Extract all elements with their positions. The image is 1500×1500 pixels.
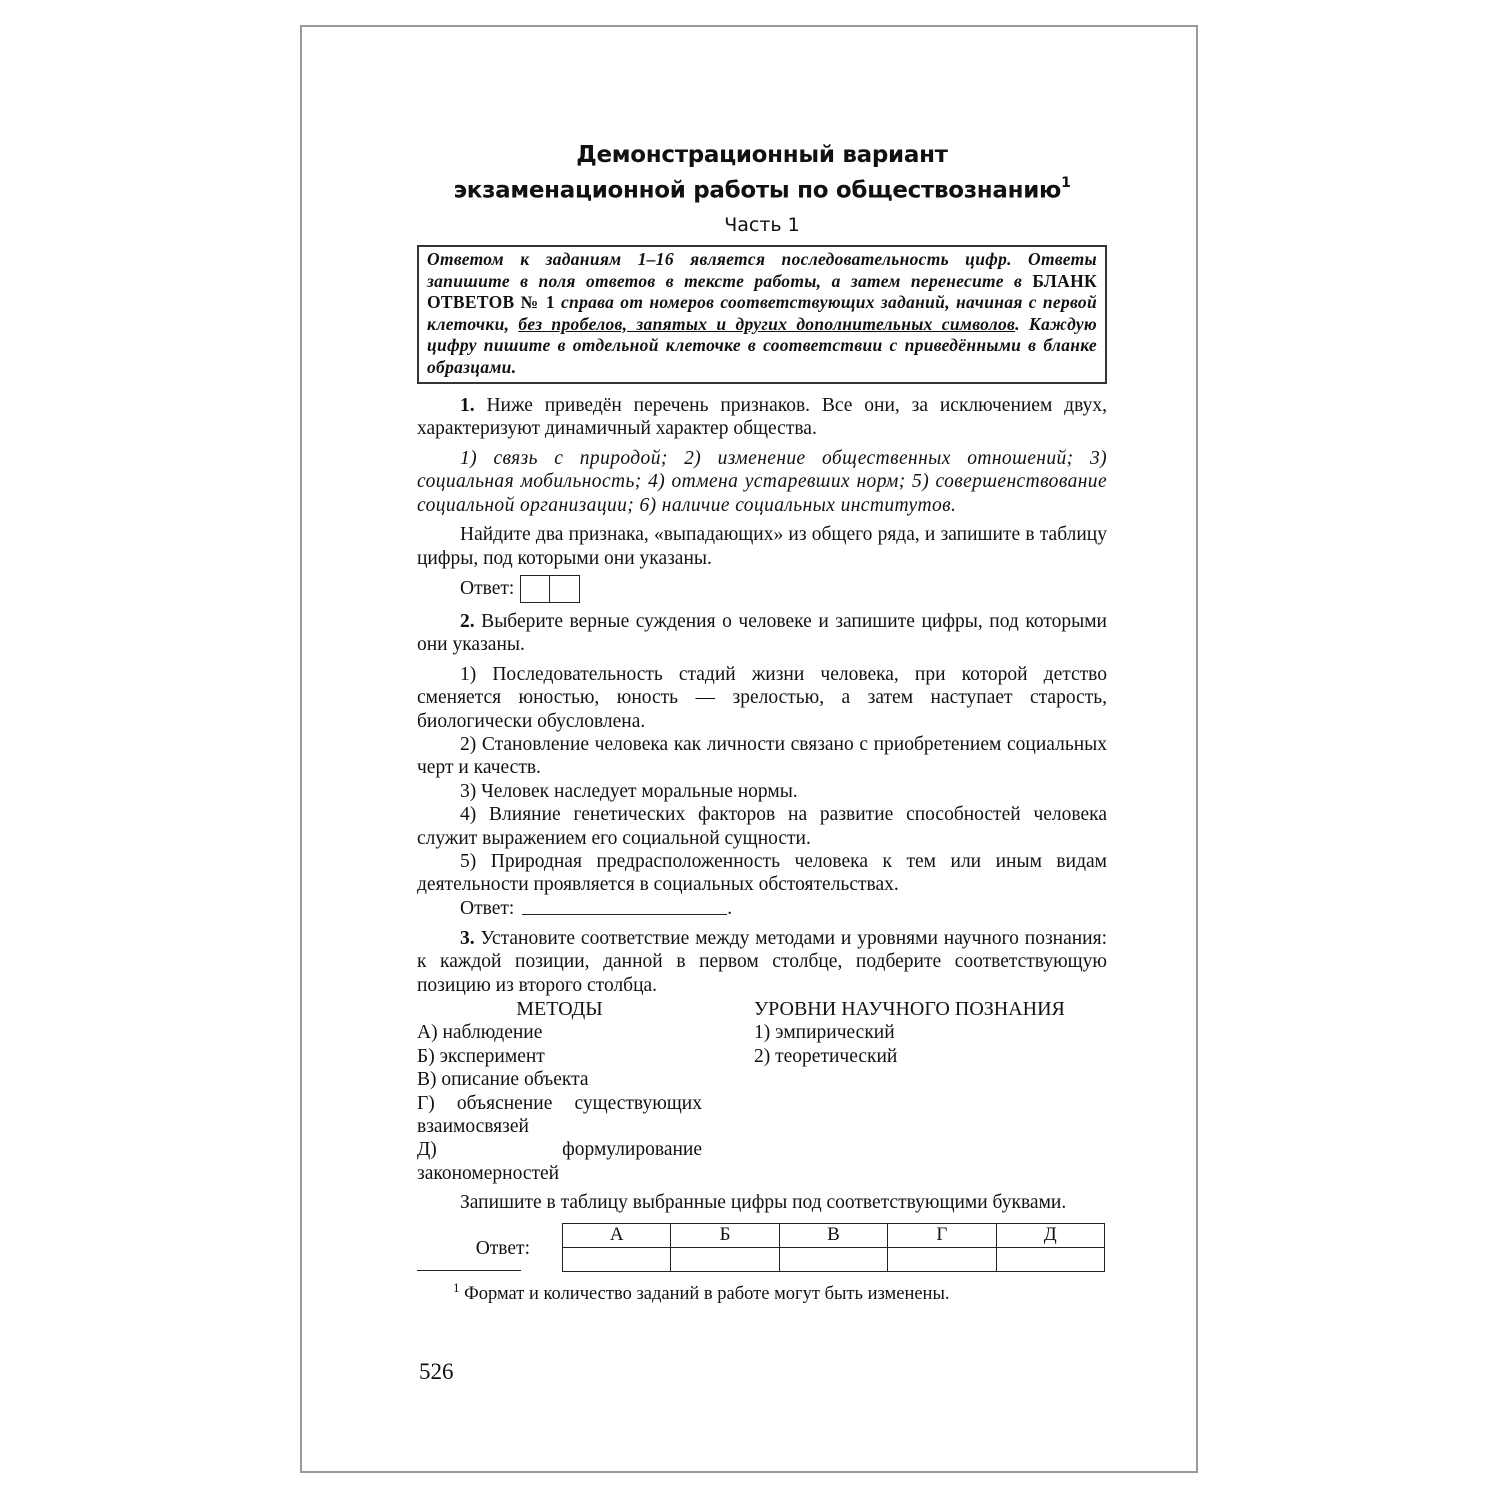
instructions-box: Ответом к заданиям 1–16 является последо… <box>417 245 1107 384</box>
page-content: Демонстрационный вариант экзаменационной… <box>417 140 1107 1306</box>
task-2-text: Выберите верные суждения о человеке и за… <box>417 611 1107 655</box>
task-1-prompt: Найдите два признака, «выпадающих» из об… <box>417 523 1107 570</box>
title-line-2: экзаменационной работы по обществознанию <box>453 178 1061 204</box>
task-2-statement: 3) Человек наследует моральные нормы. <box>417 780 1107 803</box>
level-item: 1) эмпирический <box>754 1021 1107 1044</box>
task-2: 2. Выберите верные суждения о человеке и… <box>417 610 1107 921</box>
answer-table-header: Б <box>671 1223 779 1247</box>
methods-column: МЕТОДЫ А) наблюдение Б) эксперимент В) о… <box>417 998 702 1185</box>
task-2-statement: 4) Влияние генетических факторов на разв… <box>417 803 1107 850</box>
answer-table-header: А <box>563 1223 671 1247</box>
levels-header: УРОВНИ НАУЧНОГО ПОЗНАНИЯ <box>754 998 1107 1021</box>
instructions-underlined: без пробелов, запятых и других дополните… <box>518 314 1015 334</box>
answer-cell-1[interactable] <box>520 575 550 603</box>
answer-table-cell[interactable] <box>563 1247 671 1271</box>
task-2-statement: 5) Природная предрасположенность человек… <box>417 850 1107 897</box>
method-item: Д) формулирование закономерностей <box>417 1138 702 1185</box>
levels-column: УРОВНИ НАУЧНОГО ПОЗНАНИЯ 1) эмпирический… <box>754 998 1107 1185</box>
footnote: 1 Формат и количество заданий в работе м… <box>417 1276 1107 1307</box>
part-heading: Часть 1 <box>417 214 1107 237</box>
answer-table: А Б В Г Д <box>562 1223 1105 1272</box>
level-item: 2) теоретический <box>754 1045 1107 1068</box>
answer-table-cell[interactable] <box>671 1247 779 1271</box>
task-3-prompt: Запишите в таблицу выбранные цифры под с… <box>417 1191 1107 1214</box>
answer-table-cell[interactable] <box>779 1247 887 1271</box>
footnote-text: Формат и количество заданий в работе мог… <box>460 1284 950 1304</box>
task-3-text: Установите соответствие между методами и… <box>417 928 1107 996</box>
task-3-answer: Ответ: А Б В Г Д <box>417 1223 1107 1272</box>
answer-table-header: Д <box>996 1223 1104 1247</box>
answer-cell-2[interactable] <box>550 575 580 603</box>
method-item: Б) эксперимент <box>417 1045 702 1068</box>
matching-columns: МЕТОДЫ А) наблюдение Б) эксперимент В) о… <box>417 998 1107 1185</box>
task-2-number: 2. <box>460 611 475 632</box>
task-3-answer-label: Ответ: <box>417 1237 562 1260</box>
instructions-text-1: Ответом к заданиям 1–16 является последо… <box>427 249 1097 291</box>
method-item: Г) объяснение существующих взаимосвязей <box>417 1092 702 1139</box>
footnote-rule <box>417 1270 521 1271</box>
task-1-answer-label: Ответ: <box>460 577 514 600</box>
task-2-answer-period: . <box>727 897 732 920</box>
task-1-answer: Ответ: <box>417 574 1107 604</box>
page-title: Демонстрационный вариант экзаменационной… <box>417 140 1107 206</box>
task-1-answer-boxes <box>520 575 580 603</box>
task-1-text: Ниже приведён перечень признаков. Все он… <box>417 395 1107 439</box>
title-line-1: Демонстрационный вариант <box>576 142 947 168</box>
answer-table-cell[interactable] <box>888 1247 996 1271</box>
task-3-number: 3. <box>460 928 475 949</box>
task-2-answer-line[interactable] <box>522 902 727 915</box>
task-2-answer: Ответ: . <box>417 897 1107 921</box>
answer-table-cell[interactable] <box>996 1247 1104 1271</box>
task-1-number: 1. <box>460 395 475 416</box>
task-1-options: 1) связь с природой; 2) изменение общест… <box>417 447 1107 517</box>
page-number: 526 <box>419 1359 454 1385</box>
task-2-statement: 2) Становление человека как личности свя… <box>417 733 1107 780</box>
method-item: А) наблюдение <box>417 1021 702 1044</box>
task-2-answer-label: Ответ: <box>460 897 514 920</box>
task-3: 3. Установите соответствие между методам… <box>417 927 1107 1272</box>
methods-header: МЕТОДЫ <box>417 998 702 1021</box>
task-1: 1. Ниже приведён перечень признаков. Все… <box>417 394 1107 604</box>
answer-table-header: В <box>779 1223 887 1247</box>
method-item: В) описание объекта <box>417 1068 702 1091</box>
answer-table-header: Г <box>888 1223 996 1247</box>
task-2-statement: 1) Последовательность стадий жизни челов… <box>417 663 1107 733</box>
title-footnote-mark: 1 <box>1061 175 1070 191</box>
